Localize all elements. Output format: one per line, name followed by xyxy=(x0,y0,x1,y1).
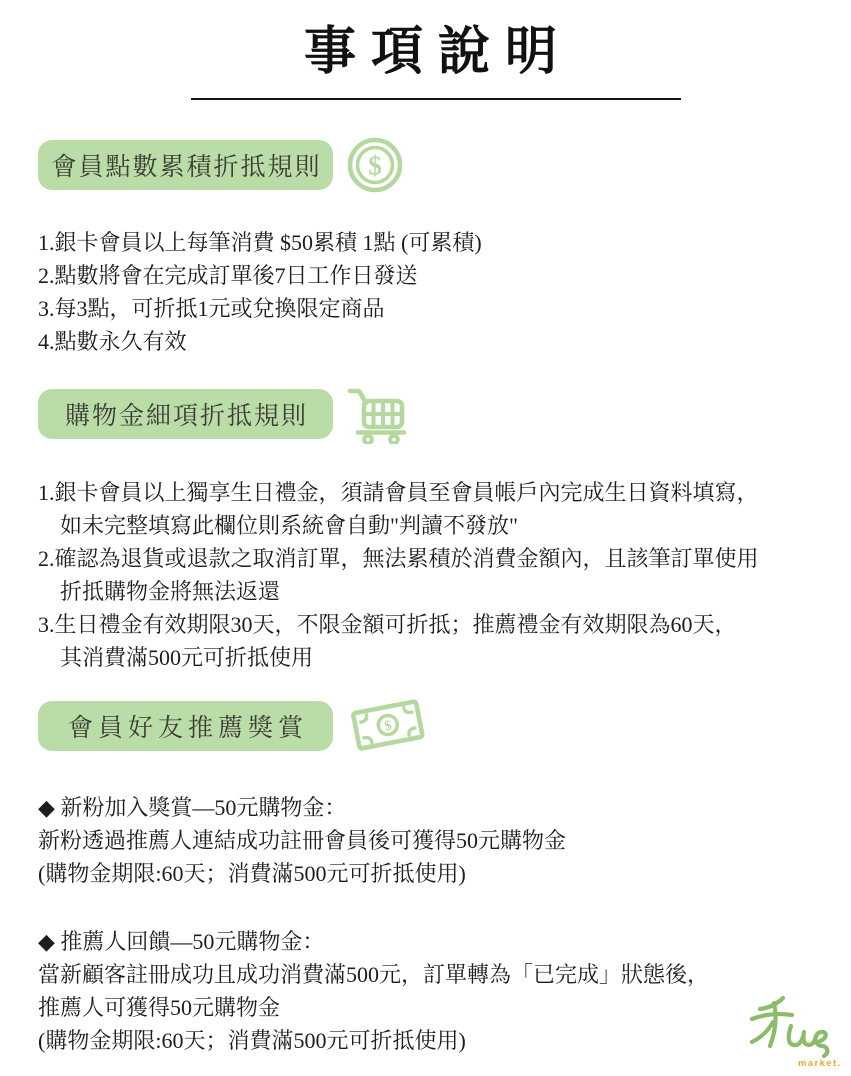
credit-rules-list: 1.銀卡會員以上獨享生日禮金，須請會員至會員帳戶內完成生日資料填寫， 如未完整填… xyxy=(38,476,823,674)
list-item: 4.點數永久有效 xyxy=(38,325,823,358)
list-item-continued: 折抵購物金將無法返還 xyxy=(38,575,823,608)
section-header-referral: 會員好友推薦獎賞 $ xyxy=(38,694,823,758)
reward-note: (購物金期限:60天；消費滿500元可折抵使用) xyxy=(38,857,823,890)
list-item: 2.確認為退貨或退款之取消訂單，無法累積於消費金額內，且該筆訂單使用 xyxy=(38,542,823,575)
title-underline xyxy=(191,98,681,100)
reward-detail: 推薦人可獲得50元購物金 xyxy=(38,991,823,1024)
list-item: 2.點數將會在完成訂單後7日工作日發送 xyxy=(38,259,823,292)
reward-heading: ◆ 新粉加入獎賞—50元購物金： xyxy=(38,791,823,824)
title-block: 事項說明 xyxy=(38,20,823,100)
list-item: 3.每3點，可折抵1元或兌換限定商品 xyxy=(38,292,823,325)
brand-market-label: market. xyxy=(798,1058,842,1069)
dollar-glyph: $ xyxy=(368,151,382,181)
referral-reward-badge: 會員好友推薦獎賞 xyxy=(38,701,333,751)
reward-heading: ◆ 推薦人回饋—50元購物金： xyxy=(38,925,823,958)
dollar-coin-icon: $ xyxy=(346,136,404,194)
dollar-glyph: $ xyxy=(383,718,393,734)
list-item-continued: 如未完整填寫此欄位則系統會自動"判讀不發放" xyxy=(38,509,823,542)
points-rules-badge: 會員點數累積折抵規則 xyxy=(38,140,333,190)
referral-referrer-block: ◆ 推薦人回饋—50元購物金： 當新顧客註冊成功且成功消費滿500元，訂單轉為「… xyxy=(38,925,823,1057)
brand-logo-glyph xyxy=(752,998,827,1056)
list-item: 3.生日禮金有效期限30天，不限金額可折抵；推薦禮金有效期限為60天， xyxy=(38,608,823,641)
reward-note: (購物金期限:60天；消費滿500元可折抵使用) xyxy=(38,1024,823,1057)
banknote-icon: $ xyxy=(346,694,430,758)
list-item: 1.銀卡會員以上每筆消費 $50累積 1點 (可累積) xyxy=(38,226,823,259)
section-header-credit: 購物金細項折抵規則 xyxy=(38,384,823,444)
brand-logo: market. xyxy=(747,992,844,1070)
points-rules-list: 1.銀卡會員以上每筆消費 $50累積 1點 (可累積) 2.點數將會在完成訂單後… xyxy=(38,226,823,358)
credit-rules-badge: 購物金細項折抵規則 xyxy=(38,389,333,439)
referral-newfan-block: ◆ 新粉加入獎賞—50元購物金： 新粉透過推薦人連結成功註冊會員後可獲得50元購… xyxy=(38,791,823,890)
reward-detail: 當新顧客註冊成功且成功消費滿500元，訂單轉為「已完成」狀態後， xyxy=(38,958,823,991)
page-title: 事項說明 xyxy=(38,20,823,85)
list-item-continued: 其消費滿500元可折抵使用 xyxy=(38,641,823,674)
shopping-cart-icon xyxy=(346,384,408,444)
reward-detail: 新粉透過推薦人連結成功註冊會員後可獲得50元購物金 xyxy=(38,824,823,857)
list-item: 1.銀卡會員以上獨享生日禮金，須請會員至會員帳戶內完成生日資料填寫， xyxy=(38,476,823,509)
section-header-points: 會員點數累積折抵規則 $ xyxy=(38,136,823,194)
notice-page: 事項說明 會員點數累積折抵規則 $ 1.銀卡會員以上每筆消費 $50累積 1點 … xyxy=(0,0,851,1057)
